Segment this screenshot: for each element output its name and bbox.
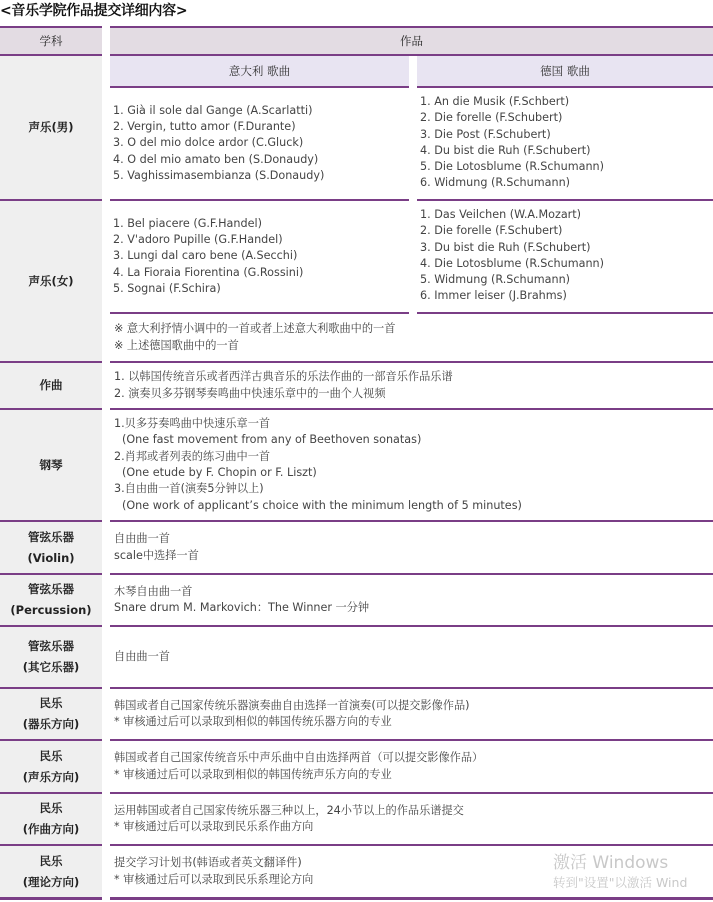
list-item: 4. Die Lotosblume (R.Schumann) [420, 256, 713, 272]
subject-label: 管弦乐器 [28, 527, 74, 548]
list-item: 6. Immer leiser (J.Brahms) [420, 288, 713, 304]
list-item-note: * 审核通过后可以录取到相似的韩国传统声乐方向的专业 [114, 767, 713, 783]
list-item: 2.肖邦或者列表的练习曲中一首 [114, 449, 713, 465]
list-item: 3.自由曲一首(演奏5分钟以上) [114, 481, 713, 497]
list-item: 1. Già il sole dal Gange (A.Scarlatti) [113, 103, 409, 119]
list-item: 2. Vergin, tutto amor (F.Durante) [113, 119, 409, 135]
list-item: 4. O del mio amato ben (S.Donaudy) [113, 152, 409, 168]
subject-label: 民乐 [40, 851, 63, 872]
list-item: 1. 以韩国传统音乐或者西洋古典音乐的乐法作曲的一部音乐作品乐谱 [114, 369, 713, 385]
list-item: scale中选择一首 [114, 548, 713, 564]
subheader-italian-label: 意大利 歌曲 [229, 63, 290, 79]
subject-violin: 管弦乐器 (Violin) [0, 522, 102, 575]
list-item: 3. Du bist die Ruh (F.Schubert) [420, 240, 713, 256]
vocal-female-italian-list: 1. Bel piacere (G.F.Handel) 2. V'adoro P… [110, 201, 409, 314]
subject-sublabel: (其它乐器) [23, 657, 80, 678]
subject-piano: 钢琴 [0, 410, 102, 522]
list-item: 6. Widmung (R.Schumann) [420, 175, 713, 191]
list-item: 自由曲一首 [114, 649, 713, 665]
list-item: 2. 演奏贝多芬钢琴奏鸣曲中快速乐章中的一曲个人视频 [114, 386, 713, 402]
list-item: 5. Vaghissimasembianza (S.Donaudy) [113, 168, 409, 184]
list-item: 4. Du bist die Ruh (F.Schubert) [420, 143, 713, 159]
subject-folk-vocal: 民乐 (声乐方向) [0, 741, 102, 794]
subject-vocal-female: 声乐(女) [0, 201, 102, 363]
list-item: 2. Die forelle (F.Schubert) [420, 110, 713, 126]
composition-works: 1. 以韩国传统音乐或者西洋古典音乐的乐法作曲的一部音乐作品乐谱 2. 演奏贝多… [110, 363, 713, 410]
list-item: 1.贝多芬奏鸣曲中快速乐章一首 [114, 416, 713, 432]
list-item-note: * 审核通过后可以录取到相似的韩国传统乐器方向的专业 [114, 714, 713, 730]
subject-sublabel: (Percussion) [10, 600, 91, 621]
list-item: 5. Sognai (F.Schira) [113, 281, 409, 297]
folk-vocal-works: 韩国或者自己国家传统音乐中声乐曲中自由选择两首（可以提交影像作品） * 审核通过… [110, 741, 713, 794]
list-item-english: (One work of applicant’s choice with the… [114, 498, 713, 514]
list-item: 运用韩国或者自己国家传统乐器三种以上，24小节以上的作品乐谱提交 [114, 803, 713, 819]
subject-sublabel: (器乐方向) [23, 714, 80, 735]
subject-label: 声乐(男) [28, 117, 73, 138]
note: ※ 意大利抒情小调中的一首或者上述意大利歌曲中的一首 [114, 321, 713, 337]
header-works-label: 作品 [400, 33, 423, 49]
subject-label: 声乐(女) [28, 271, 73, 292]
list-item: 2. Die forelle (F.Schubert) [420, 223, 713, 239]
list-item: 1. Das Veilchen (W.A.Mozart) [420, 207, 713, 223]
subject-other-instruments: 管弦乐器 (其它乐器) [0, 627, 102, 689]
subject-composition: 作曲 [0, 363, 102, 410]
subject-percussion: 管弦乐器 (Percussion) [0, 575, 102, 627]
subject-label: 作曲 [40, 375, 63, 396]
header-works: 作品 [110, 26, 713, 56]
list-item: 5. Die Lotosblume (R.Schumann) [420, 159, 713, 175]
subject-folk-instrumental: 民乐 (器乐方向) [0, 689, 102, 741]
list-item: 木琴自由曲一首 [114, 584, 713, 600]
activation-watermark-title: 激活 Windows [553, 848, 668, 873]
subheader-german-label: 德国 歌曲 [540, 63, 590, 79]
header-subject-label: 学科 [40, 33, 63, 49]
list-item: 3. O del mio dolce ardor (C.Gluck) [113, 135, 409, 151]
percussion-works: 木琴自由曲一首 Snare drum M. Markovich：The Winn… [110, 575, 713, 627]
list-item-english: (One fast movement from any of Beethoven… [114, 432, 713, 448]
vocal-female-notes: ※ 意大利抒情小调中的一首或者上述意大利歌曲中的一首 ※ 上述德国歌曲中的一首 [110, 314, 713, 363]
list-item: 韩国或者自己国家传统音乐中声乐曲中自由选择两首（可以提交影像作品） [114, 750, 713, 766]
subject-label: 管弦乐器 [28, 579, 74, 600]
subject-label: 管弦乐器 [28, 636, 74, 657]
list-item: Snare drum M. Markovich：The Winner 一分钟 [114, 600, 713, 616]
violin-works: 自由曲一首 scale中选择一首 [110, 522, 713, 575]
subject-sublabel: (Violin) [27, 548, 74, 569]
subject-folk-theory: 民乐 (理论方向) [0, 846, 102, 900]
folk-instrumental-works: 韩国或者自己国家传统乐器演奏曲自由选择一首演奏(可以提交影像作品) * 审核通过… [110, 689, 713, 741]
list-item: 4. La Fioraia Fiorentina (G.Rossini) [113, 265, 409, 281]
list-item-english: (One etude by F. Chopin or F. Liszt) [114, 465, 713, 481]
subject-vocal-male: 声乐(男) [0, 56, 102, 201]
subject-label: 民乐 [40, 693, 63, 714]
subheader-italian: 意大利 歌曲 [110, 56, 409, 88]
other-instruments-works: 自由曲一首 [110, 627, 713, 689]
list-item: 韩国或者自己国家传统乐器演奏曲自由选择一首演奏(可以提交影像作品) [114, 698, 713, 714]
vocal-female-german-list: 1. Das Veilchen (W.A.Mozart) 2. Die fore… [417, 201, 713, 314]
subject-sublabel: (理论方向) [23, 872, 80, 893]
list-item: 5. Widmung (R.Schumann) [420, 272, 713, 288]
list-item: 自由曲一首 [114, 531, 713, 547]
page-title: <音乐学院作品提交详细内容> [0, 0, 187, 20]
list-item-note: * 审核通过后可以录取到民乐系作曲方向 [114, 819, 713, 835]
note: ※ 上述德国歌曲中的一首 [114, 338, 713, 354]
header-subject: 学科 [0, 26, 102, 56]
subject-sublabel: (声乐方向) [23, 767, 80, 788]
list-item: 3. Lungi dal caro bene (A.Secchi) [113, 248, 409, 264]
vocal-male-italian-list: 1. Già il sole dal Gange (A.Scarlatti) 2… [110, 88, 409, 201]
subject-label: 民乐 [40, 746, 63, 767]
list-item: 1. An die Musik (F.Schbert) [420, 94, 713, 110]
subject-sublabel: (作曲方向) [23, 819, 80, 840]
list-item: 2. V'adoro Pupille (G.F.Handel) [113, 232, 409, 248]
activation-watermark-subtitle: 转到"设置"以激活 Wind [553, 873, 687, 891]
list-item: 1. Bel piacere (G.F.Handel) [113, 216, 409, 232]
subheader-german: 德国 歌曲 [417, 56, 713, 88]
subject-label: 民乐 [40, 798, 63, 819]
list-item: 3. Die Post (F.Schubert) [420, 127, 713, 143]
subject-label: 钢琴 [40, 455, 63, 476]
vocal-male-german-list: 1. An die Musik (F.Schbert) 2. Die forel… [417, 88, 713, 201]
subject-folk-composition: 民乐 (作曲方向) [0, 794, 102, 846]
piano-works: 1.贝多芬奏鸣曲中快速乐章一首 (One fast movement from … [110, 410, 713, 522]
folk-composition-works: 运用韩国或者自己国家传统乐器三种以上，24小节以上的作品乐谱提交 * 审核通过后… [110, 794, 713, 846]
